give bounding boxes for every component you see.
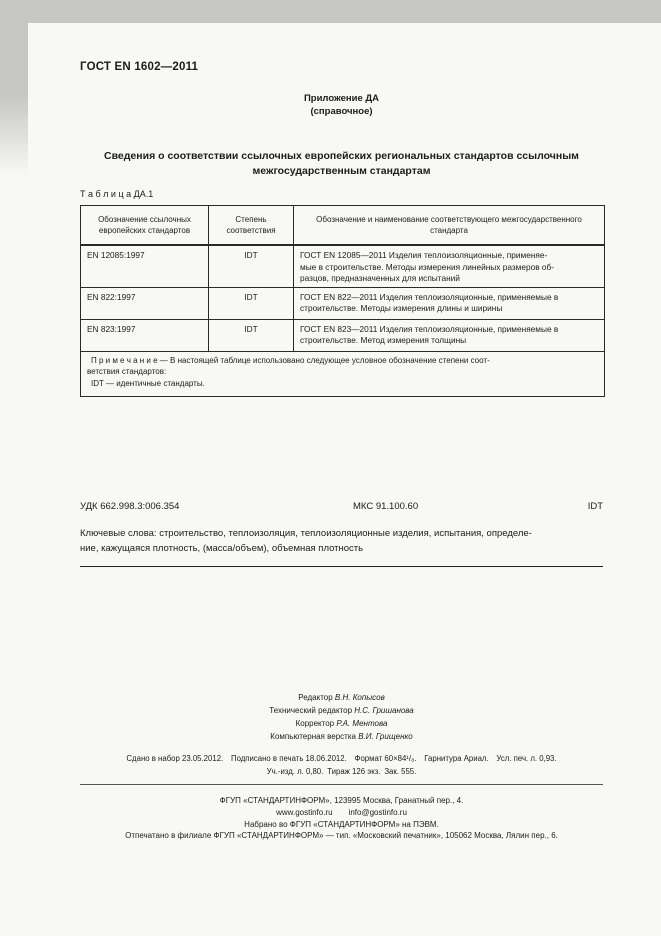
- cell-eu-standard: EN 823:1997: [81, 319, 209, 351]
- editor-name: В.Н. Копысов: [335, 693, 385, 702]
- column-header-gost-standard: Обозначение и наименование соответствующ…: [294, 206, 605, 246]
- layout-line: Компьютерная верстка В.И. Грищенко: [80, 730, 603, 743]
- publisher-website: www.gostinfo.ru: [276, 808, 332, 817]
- publisher-footer: ФГУП «СТАНДАРТИНФОРМ», 123995 Москва, Гр…: [80, 795, 603, 842]
- footer-divider-line: [80, 784, 603, 785]
- annex-type: (справочное): [80, 105, 603, 118]
- doc-code: ГОСТ EN 1602—2011: [80, 61, 198, 73]
- print-info-line-2: Уч.-изд. л. 0,80. Тираж 126 экз. Зак. 55…: [80, 765, 603, 778]
- document-page: ГОСТ EN 1602—2011 Приложение ДА (справоч…: [0, 0, 661, 936]
- print-note: Отпечатано в филиале ФГУП «СТАНДАРТИНФОР…: [80, 830, 603, 842]
- mks-code: МКС 91.100.60: [353, 501, 418, 512]
- corrector-label: Корректор: [296, 719, 337, 728]
- table-row: EN 822:1997 IDT ГОСТ EN 822—2011 Изделия…: [81, 287, 605, 319]
- corrector-name: Р.А. Ментова: [336, 719, 387, 728]
- print-info-line-1: Сдано в набор 23.05.2012. Подписано в пе…: [80, 752, 603, 765]
- cell-degree: IDT: [209, 319, 294, 351]
- section-title: Сведения о соответствии ссылочных европе…: [80, 149, 603, 179]
- table-caption: Т а б л и ц а ДА.1: [80, 189, 153, 199]
- tech-editor-name: Н.С. Гришанова: [354, 706, 414, 715]
- table-note: П р и м е ч а н и е — В настоящей таблиц…: [81, 351, 605, 396]
- editor-label: Редактор: [298, 693, 335, 702]
- column-header-eu-standard: Обозначение ссылочных европейских станда…: [81, 206, 209, 246]
- table-note-row: П р и м е ч а н и е — В настоящей таблиц…: [81, 351, 605, 396]
- cell-gost-standard: ГОСТ EN 12085—2011 Изделия теплоизоляцио…: [294, 245, 605, 287]
- column-header-degree: Степень соответствия: [209, 206, 294, 246]
- table-header-row: Обозначение ссылочных европейских станда…: [81, 206, 605, 246]
- table-row: EN 823:1997 IDT ГОСТ EN 823—2011 Изделия…: [81, 319, 605, 351]
- scan-edge-left: [0, 0, 28, 190]
- tech-editor-line: Технический редактор Н.С. Гришанова: [80, 704, 603, 717]
- layout-label: Компьютерная верстка: [270, 732, 358, 741]
- table-row: EN 12085:1997 IDT ГОСТ EN 12085—2011 Изд…: [81, 245, 605, 287]
- typeset-note: Набрано во ФГУП «СТАНДАРТИНФОРМ» на ПЭВМ…: [80, 819, 603, 831]
- tech-editor-label: Технический редактор: [269, 706, 354, 715]
- corrector-line: Корректор Р.А. Ментова: [80, 717, 603, 730]
- annex-heading: Приложение ДА (справочное): [80, 92, 603, 118]
- scan-edge-top: [0, 0, 661, 23]
- annex-label: Приложение ДА: [80, 92, 603, 105]
- udk-code: УДК 662.998.3:006.354: [80, 501, 179, 512]
- divider-line: [80, 566, 603, 567]
- publisher-email: info@gostinfo.ru: [349, 808, 407, 817]
- layout-name: В.И. Грищенко: [358, 732, 413, 741]
- cell-eu-standard: EN 12085:1997: [81, 245, 209, 287]
- cell-degree: IDT: [209, 287, 294, 319]
- cell-gost-standard: ГОСТ EN 822—2011 Изделия теплоизоляционн…: [294, 287, 605, 319]
- cell-degree: IDT: [209, 245, 294, 287]
- idt-code: IDT: [588, 501, 603, 512]
- correspondence-table: Обозначение ссылочных европейских станда…: [80, 205, 605, 397]
- keywords-paragraph: Ключевые слова: строительство, теплоизол…: [80, 527, 603, 556]
- print-info-block: Сдано в набор 23.05.2012. Подписано в пе…: [80, 752, 603, 778]
- publisher-contacts: www.gostinfo.ru info@gostinfo.ru: [80, 807, 603, 819]
- colophon-block: Редактор В.Н. Копысов Технический редакт…: [80, 691, 603, 743]
- editor-line: Редактор В.Н. Копысов: [80, 691, 603, 704]
- publisher-address: ФГУП «СТАНДАРТИНФОРМ», 123995 Москва, Гр…: [80, 795, 603, 807]
- cell-eu-standard: EN 822:1997: [81, 287, 209, 319]
- classification-row: УДК 662.998.3:006.354 МКС 91.100.60 IDT: [80, 501, 603, 513]
- cell-gost-standard: ГОСТ EN 823—2011 Изделия теплоизоляционн…: [294, 319, 605, 351]
